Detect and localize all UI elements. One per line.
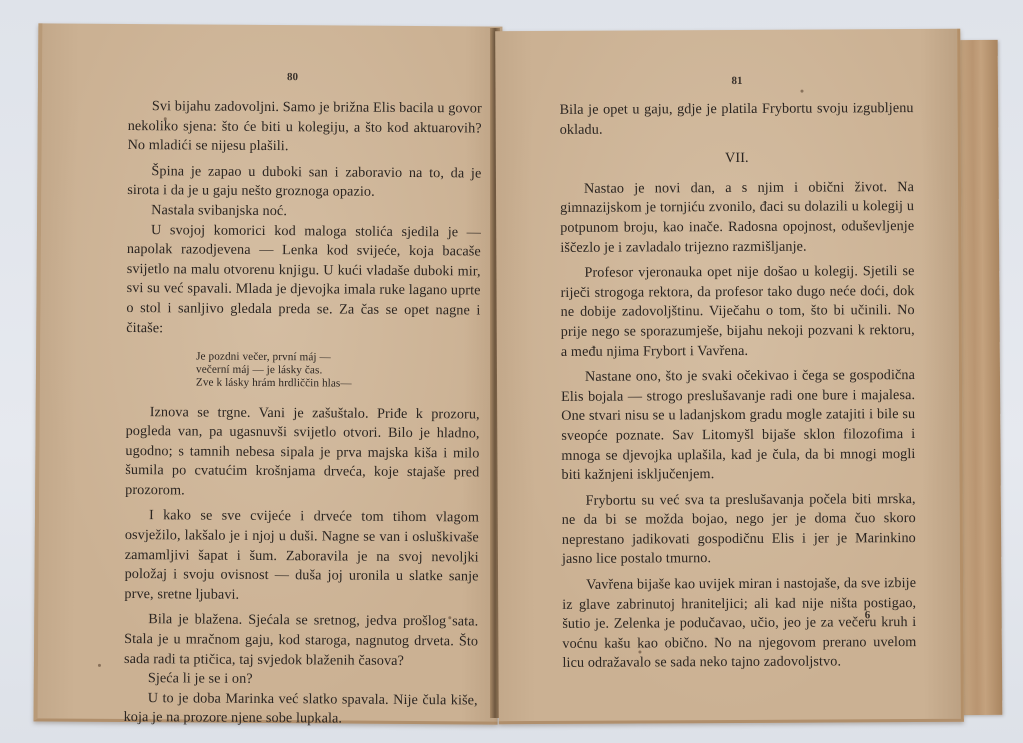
paragraph: Vavřena bijaše kao uvijek miran i nastoj… xyxy=(562,574,917,674)
paragraph: Sjeća li je se i on? xyxy=(124,669,478,691)
paragraph: Špina je zapao u duboki san i zaboravio … xyxy=(127,162,481,204)
paper-speck xyxy=(448,616,451,619)
poem-line: Zve k lásky hrám hrdliččin hlas— xyxy=(196,376,480,391)
paragraph: U svojoj komorici kod maloga stolića sje… xyxy=(126,221,481,341)
left-page-text: Svi bijahu zadovoljni. Samo je brižna El… xyxy=(124,97,482,730)
right-page: 81 Bila je opet u gaju, gdje je platila … xyxy=(495,29,964,724)
page-number-left: 80 xyxy=(287,71,298,83)
signature-mark: 6 xyxy=(865,609,871,621)
paragraph: Nastao je novi dan, a s njim i obični ži… xyxy=(560,178,914,258)
page-number-right: 81 xyxy=(731,75,742,87)
paragraph: Bila je blažena. Sjećala se sretnog, jed… xyxy=(124,610,478,671)
paper-speck xyxy=(164,117,167,120)
paragraph: Iznova se trgne. Vani je zašuštalo. Priđ… xyxy=(125,403,480,503)
paragraph: U to je doba Marinka već slatko spavala.… xyxy=(124,689,478,731)
paragraph: Nastane ono, što je svaki očekivao i čeg… xyxy=(561,366,916,485)
paragraph: I kako se sve cvijeće i drveće tom tihom… xyxy=(124,506,479,606)
paragraph: Frybortu su već sva ta preslušavanja poč… xyxy=(562,490,916,570)
paper-speck xyxy=(98,664,101,667)
paragraph: Profesor vjeronauka opet nije došao u ko… xyxy=(560,262,915,362)
paragraph: Bila je opet u gaju, gdje je platila Fry… xyxy=(560,99,914,140)
chapter-heading: VII. xyxy=(560,148,914,169)
paragraph: Svi bijahu zadovoljni. Samo je brižna El… xyxy=(128,97,482,158)
paragraph: Nastala svibanjska noć. xyxy=(127,201,481,223)
right-page-text: Bila je opet u gaju, gdje je platila Fry… xyxy=(560,99,917,674)
paper-speck xyxy=(638,650,641,653)
paper-speck xyxy=(800,90,803,93)
poem-quote: Je pozdni večer, první máj — večerní máj… xyxy=(196,351,480,391)
left-page: 80 Svi bijahu zadovoljni. Samo je brižna… xyxy=(34,23,503,724)
